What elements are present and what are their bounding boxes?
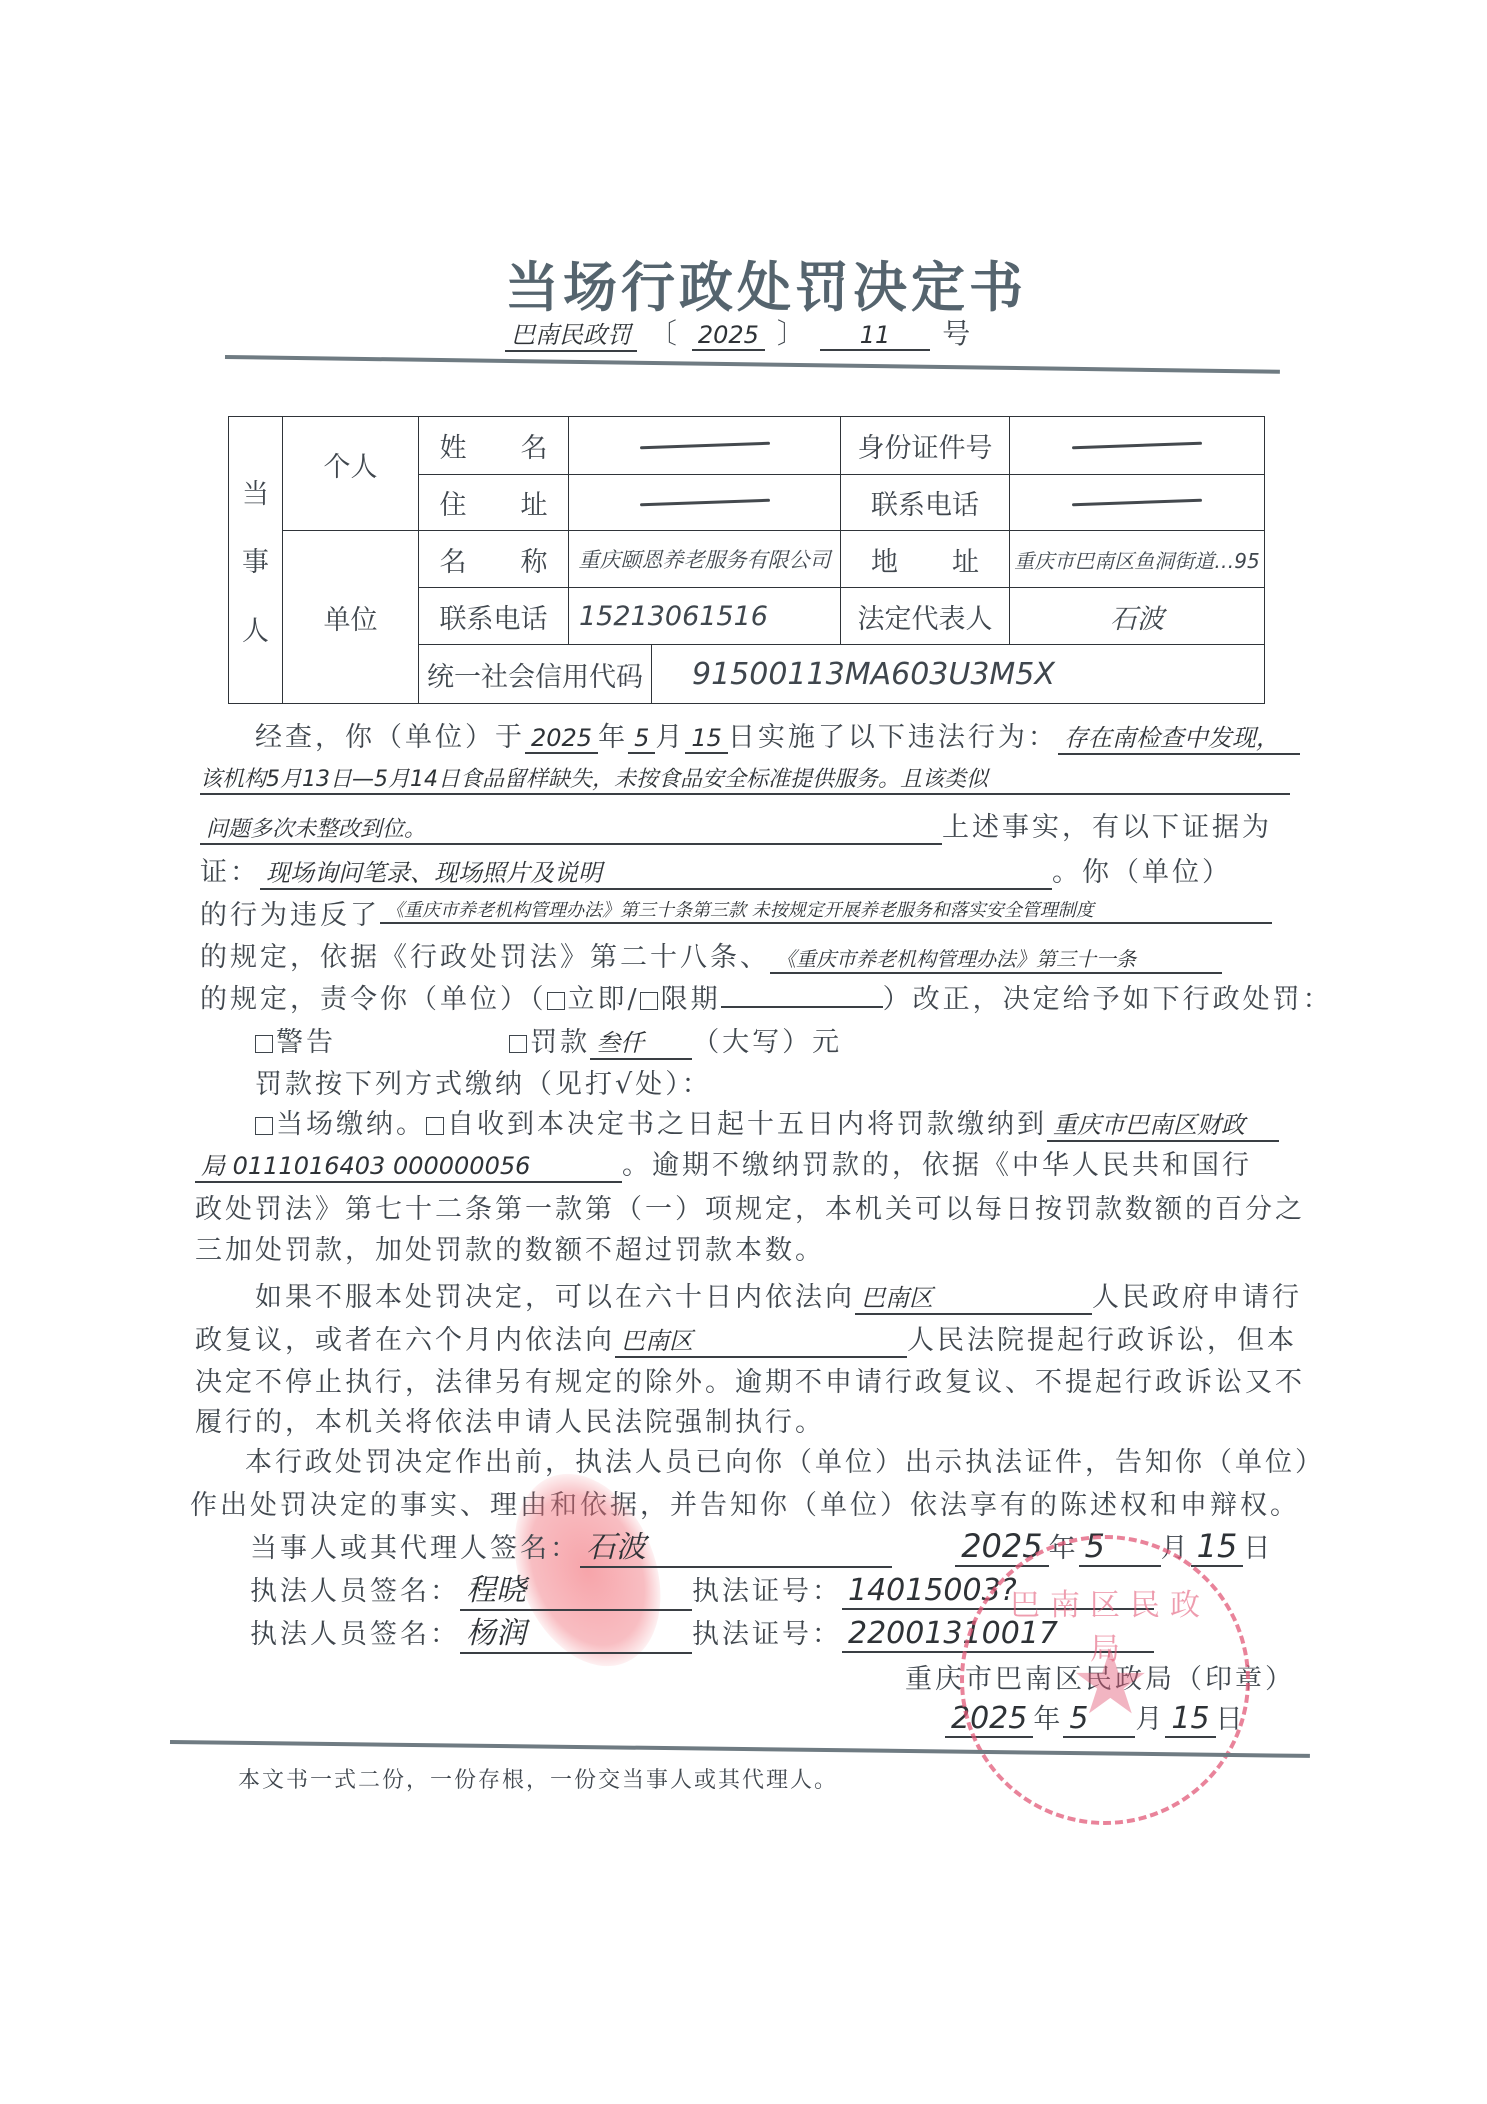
legal-rep-label: 法定代表人	[840, 587, 1010, 645]
bracket-close: 〕	[777, 317, 808, 350]
individual-name-value	[568, 416, 841, 475]
violation-text-3: 问题多次未整改到位。	[200, 812, 942, 845]
late-line-1: 局 0111016403 000000056。逾期不缴纳罚款的，依据《中华人民共…	[195, 1143, 1252, 1183]
onsite-checkbox[interactable]	[255, 1117, 273, 1135]
violation-year: 2025	[525, 724, 598, 754]
payment-bank-2: 局 0111016403 000000056	[195, 1146, 622, 1183]
bank-checkbox[interactable]	[426, 1117, 444, 1135]
doc-number-prefix: 巴南民政罚	[505, 315, 637, 352]
party-table: 当 事 人 个人 单位 姓 名 身份证件号 住 址 联系电话 名 称 重庆颐恩养…	[228, 416, 1265, 704]
credit-code-label: 统一社会信用代码	[418, 644, 652, 704]
unit-label: 单位	[282, 530, 419, 704]
payment-line: 当场缴纳。自收到本决定书之日起十五日内将罚款缴纳到重庆市巴南区财政	[255, 1102, 1279, 1142]
violation-day: 15	[685, 724, 728, 754]
unit-phone-value: 15213061516	[568, 587, 841, 645]
immediate-checkbox[interactable]	[547, 992, 565, 1010]
individual-label: 个人	[282, 416, 419, 531]
late-line-2: 政处罚法》第七十二条第一款第（一）项规定，本机关可以每日按罚款数额的百分之	[195, 1187, 1305, 1226]
payment-bank-1: 重庆市巴南区财政	[1047, 1105, 1279, 1142]
credit-code-value: 91500113MA603U3M5X	[651, 644, 1265, 704]
stamp-star-icon: ★	[1070, 1630, 1151, 1735]
officer-2-signature: 杨润	[460, 1608, 692, 1654]
individual-name-label: 姓 名	[418, 416, 569, 475]
facts-line-3: 问题多次未整改到位。上述事实，有以下证据为	[200, 805, 1272, 845]
facts-line-1: 经查，你（单位）于2025年5月15日实施了以下违法行为：存在南检查中发现，	[255, 715, 1300, 755]
blank-dash	[639, 499, 769, 507]
doc-number-value: 11	[820, 321, 931, 351]
individual-id-value	[1009, 416, 1265, 475]
officer-1-signature: 程晓	[460, 1565, 692, 1611]
header-rule	[225, 355, 1280, 374]
evidence-value: 现场询问笔录、现场照片及说明	[260, 853, 1052, 890]
notice-line-2: 作出处罚决定的事实、理由和依据，并告知你（单位）依法享有的陈述权和申辩权。	[190, 1483, 1300, 1522]
payment-intro: 罚款按下列方式缴纳（见打√处）：	[255, 1062, 712, 1101]
notice-line-1: 本行政处罚决定作出前，执法人员已向你（单位）出示执法证件，告知你（单位）	[245, 1440, 1325, 1479]
party-signature: 石波	[580, 1522, 892, 1568]
violation-text-1: 存在南检查中发现，	[1058, 718, 1300, 755]
appeal-line-4: 履行的，本机关将依法申请人民法院强制执行。	[195, 1400, 825, 1439]
fine-amount: 叁仟	[590, 1023, 692, 1060]
late-line-3: 三加处罚款，加处罚款的数额不超过罚款本数。	[195, 1228, 825, 1267]
legal-rep-value: 石波	[1009, 587, 1265, 645]
blank-dash	[1072, 499, 1202, 507]
individual-phone-label: 联系电话	[840, 474, 1010, 531]
deadline-blank	[721, 1006, 883, 1008]
basis-line: 的规定，依据《行政处罚法》第二十八条、《重庆市养老机构管理办法》第三十一条	[200, 935, 1222, 974]
individual-phone-value	[1009, 474, 1265, 531]
violated-line: 的行为违反了《重庆市养老机构管理办法》第三十条第三款 未按规定开展养老服务和落实…	[200, 893, 1272, 932]
doc-number-year: 2025	[692, 321, 765, 351]
individual-id-label: 身份证件号	[840, 416, 1010, 475]
unit-name-label: 名 称	[418, 530, 569, 588]
warning-checkbox[interactable]	[255, 1035, 273, 1053]
violation-text-2: 该机构5月13日—5月14日食品留样缺失，未按食品安全标准提供服务。且该类似	[200, 762, 1290, 795]
blank-dash	[639, 442, 769, 450]
unit-address-label: 地 址	[840, 530, 1010, 588]
fine-checkbox[interactable]	[509, 1035, 527, 1053]
unit-address-value: 重庆市巴南区鱼洞街道…95	[1009, 530, 1265, 588]
footer-note: 本文书一式二份，一份存根，一份交当事人或其代理人。	[238, 1763, 838, 1794]
document-title: 当场行政处罚决定书	[505, 245, 1027, 322]
violated-provision: 《重庆市养老机构管理办法》第三十条第三款 未按规定开展养老服务和落实安全管理制度	[380, 896, 1272, 924]
appeal-line-2: 政复议，或者在六个月内依法向巴南区人民法院提起行政诉讼，但本	[195, 1318, 1297, 1358]
order-line: 的规定，责令你（单位）（立即/限期）改正，决定给予如下行政处罚：	[200, 977, 1333, 1016]
evidence-line: 证：现场询问笔录、现场照片及说明。你（单位）	[200, 850, 1232, 890]
doc-number-suffix: 号	[942, 317, 973, 350]
appeal-line-3: 决定不停止执行，法律另有规定的除外。逾期不申请行政复议、不提起行政诉讼又不	[195, 1360, 1305, 1399]
individual-address-value	[568, 474, 841, 531]
party-side-label: 当 事 人	[228, 416, 283, 704]
appeal-government: 巴南区	[855, 1278, 1092, 1315]
violation-month: 5	[628, 724, 655, 754]
blank-dash	[1072, 442, 1202, 450]
deadline-checkbox[interactable]	[640, 992, 658, 1010]
appeal-line-1: 如果不服本处罚决定，可以在六十日内依法向巴南区人民政府申请行	[255, 1275, 1302, 1315]
unit-name-value: 重庆颐恩养老服务有限公司	[568, 530, 841, 588]
individual-address-label: 住 址	[418, 474, 569, 531]
document-number: 巴南民政罚 〔 2025 〕 11 号	[505, 312, 973, 352]
party-sign-day: 15	[1191, 1527, 1244, 1567]
penalty-line: 警告 罚款叁仟（大写）元	[255, 1020, 842, 1060]
bracket-open: 〔	[649, 317, 680, 350]
appeal-court: 巴南区	[615, 1321, 907, 1358]
unit-phone-label: 联系电话	[418, 587, 569, 645]
basis-provision: 《重庆市养老机构管理办法》第三十一条	[770, 943, 1222, 974]
